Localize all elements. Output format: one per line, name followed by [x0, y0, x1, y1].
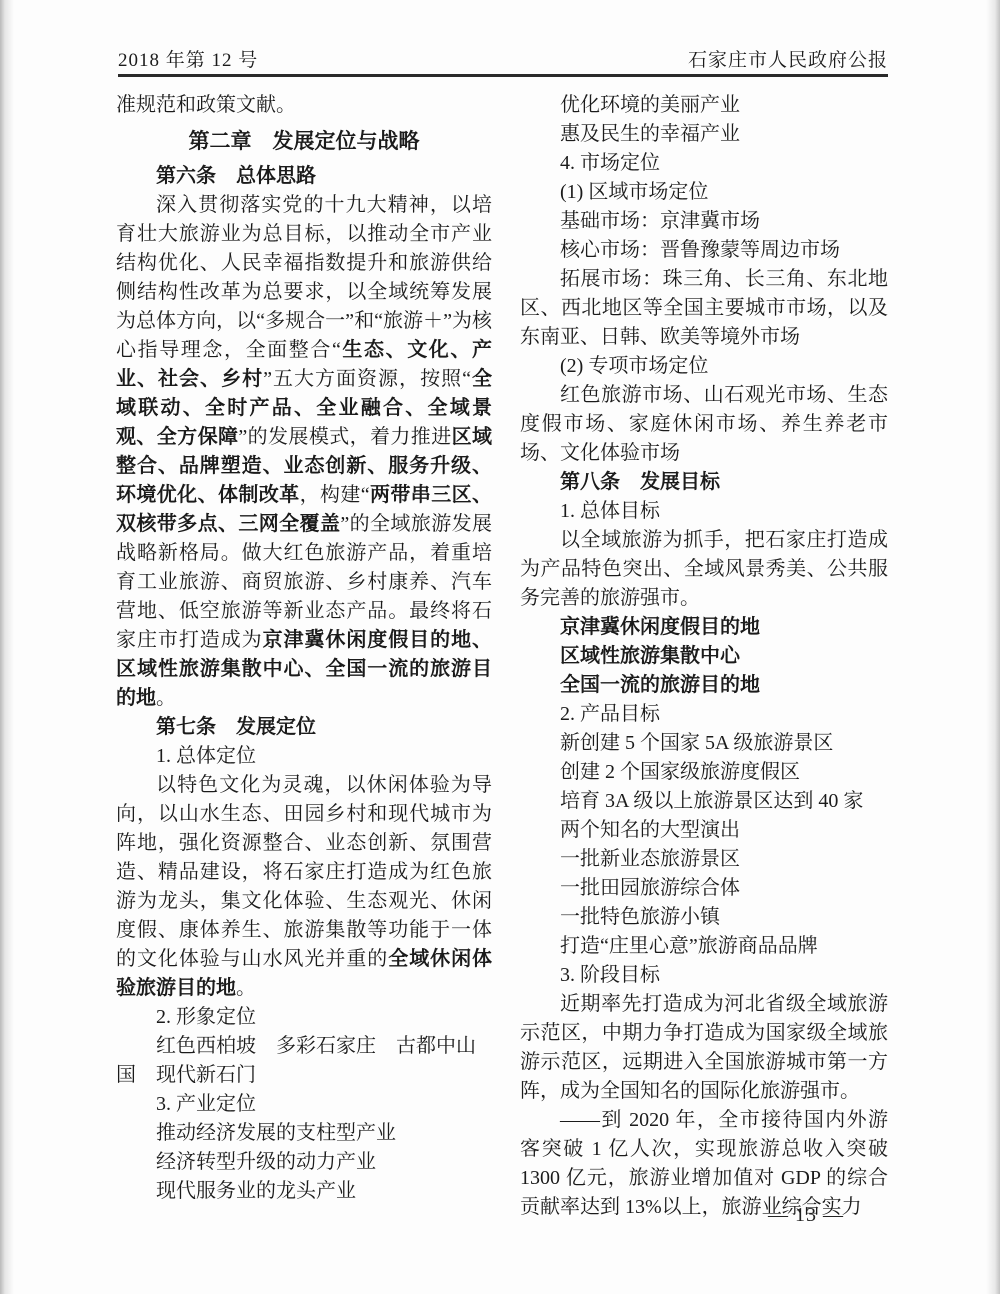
item-3-industry-positioning: 3. 产业定位 [116, 1090, 492, 1119]
image-slogans-line-2: 国 现代新石门 [116, 1061, 492, 1090]
item-1-overall-goal: 1. 总体目标 [520, 497, 888, 526]
header-rule [118, 74, 888, 77]
product-goal-line-3: 培育 3A 级以上旅游景区达到 40 家 [520, 787, 888, 816]
overall-positioning-paragraph: 以特色文化为灵魂，以休闲体验为导向，以山水生态、田园乡村和现代城市为阵地，强化资… [116, 771, 492, 1003]
article-7-heading: 第七条 发展定位 [116, 713, 492, 742]
item-2-product-goal: 2. 产品目标 [520, 700, 888, 729]
item-1-overall-positioning: 1. 总体定位 [116, 742, 492, 771]
article-6-heading: 第六条 总体思路 [116, 162, 492, 191]
special-market-heading: (2) 专项市场定位 [520, 352, 888, 381]
base-market-line: 基础市场：京津冀市场 [520, 207, 888, 236]
industry-positioning-line-4: 优化环境的美丽产业 [520, 91, 888, 120]
overall-goal-paragraph: 以全域旅游为抓手，把石家庄打造成为产品特色突出、全域风景秀美、公共服务完善的旅游… [520, 526, 888, 613]
page-right-edge-shadow [986, 0, 1000, 1294]
industry-positioning-line-3: 现代服务业的龙头产业 [116, 1177, 492, 1206]
industry-positioning-line-2: 经济转型升级的动力产业 [116, 1148, 492, 1177]
item-2-image-positioning: 2. 形象定位 [116, 1003, 492, 1032]
paragraph-continuation: 准规范和政策文献。 [116, 91, 492, 120]
page-number: — 13 — [768, 1204, 844, 1227]
product-goal-line-7: 一批特色旅游小镇 [520, 903, 888, 932]
header-publication-title: 石家庄市人民政府公报 [688, 45, 888, 72]
page-left-edge-shadow [0, 0, 14, 1294]
goal-slogan-2: 区域性旅游集散中心 [520, 642, 888, 671]
right-column: 优化环境的美丽产业惠及民生的幸福产业4. 市场定位(1) 区域市场定位基础市场：… [520, 91, 888, 1222]
article-6-paragraph: 深入贯彻落实党的十九大精神，以培育壮大旅游业为总目标，以推动全市产业结构优化、人… [116, 191, 492, 713]
product-goal-line-4: 两个知名的大型演出 [520, 816, 888, 845]
article-8-heading: 第八条 发展目标 [520, 468, 888, 497]
core-market-line: 核心市场：晋鲁豫蒙等周边市场 [520, 236, 888, 265]
product-goal-line-2: 创建 2 个国家级旅游度假区 [520, 758, 888, 787]
product-goal-line-1: 新创建 5 个国家 5A 级旅游景区 [520, 729, 888, 758]
left-column: 准规范和政策文献。第二章 发展定位与战略第六条 总体思路深入贯彻落实党的十九大精… [116, 91, 492, 1222]
document-body: 准规范和政策文献。第二章 发展定位与战略第六条 总体思路深入贯彻落实党的十九大精… [116, 91, 888, 1222]
product-goal-line-8: 打造“庄里心意”旅游商品品牌 [520, 932, 888, 961]
chapter-2-heading: 第二章 发展定位与战略 [116, 127, 492, 156]
goal-slogan-1: 京津冀休闲度假目的地 [520, 613, 888, 642]
industry-positioning-line-1: 推动经济发展的支柱型产业 [116, 1119, 492, 1148]
gazette-page: { "header": { "issue": "2018 年第 12 号", "… [0, 0, 1000, 1294]
industry-positioning-line-5: 惠及民生的幸福产业 [520, 120, 888, 149]
item-3-stage-goal: 3. 阶段目标 [520, 961, 888, 990]
goal-slogan-3: 全国一流的旅游目的地 [520, 671, 888, 700]
regional-market-heading: (1) 区域市场定位 [520, 178, 888, 207]
product-goal-line-5: 一批新业态旅游景区 [520, 845, 888, 874]
stage-goal-paragraph-1: 近期率先打造成为河北省级全域旅游示范区，中期力争打造成为国家级全域旅游示范区，远… [520, 990, 888, 1106]
special-market-paragraph: 红色旅游市场、山石观光市场、生态度假市场、家庭休闲市场、养生养老市场、文化体验市… [520, 381, 888, 468]
product-goal-line-6: 一批田园旅游综合体 [520, 874, 888, 903]
page-header: 2018 年第 12 号 石家庄市人民政府公报 [118, 45, 888, 72]
image-slogans-line-1: 红色西柏坡 多彩石家庄 古都中山 [116, 1032, 492, 1061]
header-issue-number: 2018 年第 12 号 [118, 45, 258, 72]
expansion-market-paragraph: 拓展市场：珠三角、长三角、东北地区、西北地区等全国主要城市市场，以及东南亚、日韩… [520, 265, 888, 352]
item-4-market-positioning: 4. 市场定位 [520, 149, 888, 178]
